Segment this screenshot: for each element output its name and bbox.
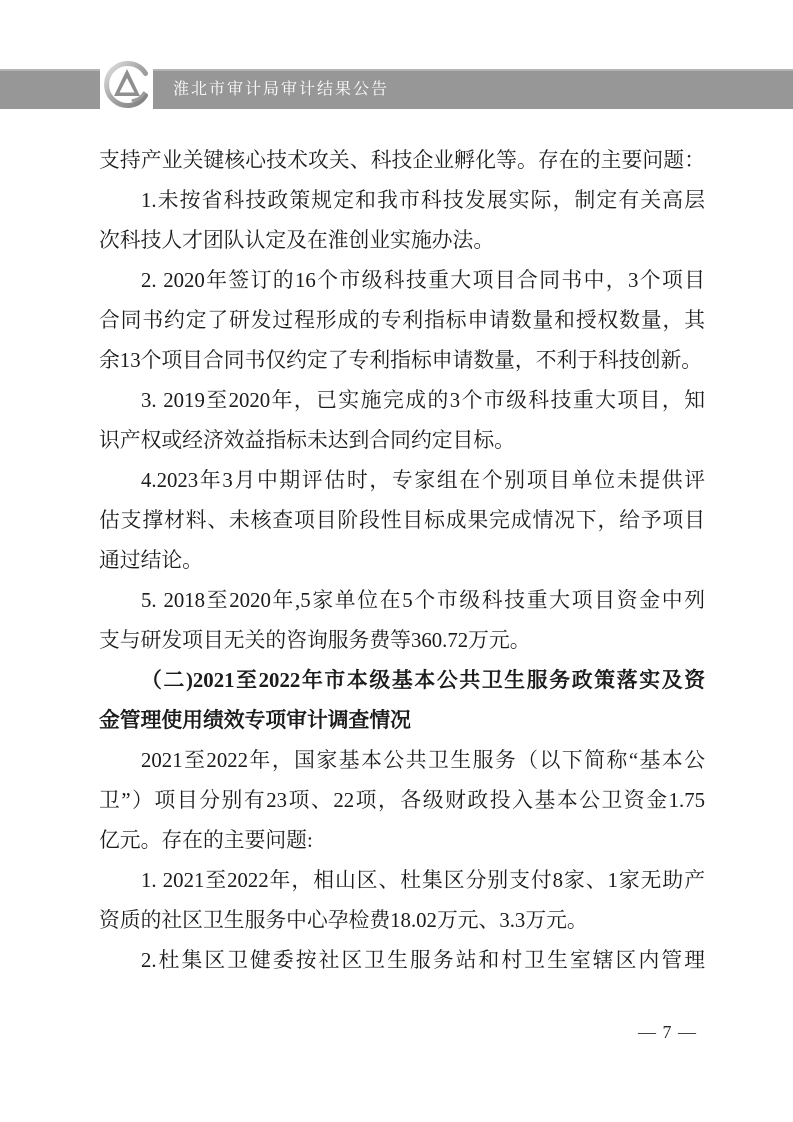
text-line: 识产权或经济效益指标未达到合同约定目标。 <box>99 421 705 461</box>
body-text: 支持产业关键核心技术攻关、科技企业孵化等。存在的主要问题： 1.未按省科技政策规… <box>99 141 705 981</box>
text-line: 余13个项目合同书仅约定了专利指标申请数量，不利于科技创新。 <box>99 341 705 381</box>
text-line: 次科技人才团队认定及在淮创业实施办法。 <box>99 221 705 261</box>
section-heading-line: 金管理使用绩效专项审计调查情况 <box>99 701 705 741</box>
text-line: 合同书约定了研发过程形成的专利指标申请数量和授权数量，其 <box>99 301 705 341</box>
text-line: 5. 2018至2020年,5家单位在5个市级科技重大项目资金中列 <box>99 581 705 621</box>
page-number: — 7 — <box>638 1022 697 1043</box>
text-line: 2. 2020年签订的16个市级科技重大项目合同书中，3个项目 <box>99 261 705 301</box>
header-title: 淮北市审计局审计结果公告 <box>173 69 389 109</box>
text-line: 卫”）项目分别有23项、22项，各级财政投入基本公卫资金1.75 <box>99 781 705 821</box>
text-line: 支持产业关键核心技术攻关、科技企业孵化等。存在的主要问题： <box>99 141 705 181</box>
text-line: 1.未按省科技政策规定和我市科技发展实际，制定有关高层 <box>99 181 705 221</box>
text-line: 亿元。存在的主要问题: <box>99 821 705 861</box>
text-line: 资质的社区卫生服务中心孕检费18.02万元、3.3万元。 <box>99 901 705 941</box>
audit-bureau-logo-icon <box>102 60 152 114</box>
logo-box <box>100 61 153 112</box>
text-line: 2.杜集区卫健委按社区卫生服务站和村卫生室辖区内管理 <box>99 941 705 981</box>
text-line: 4.2023年3月中期评估时，专家组在个别项目单位未提供评 <box>99 461 705 501</box>
text-line: 估支撑材料、未核查项目阶段性目标成果完成情况下，给予项目 <box>99 501 705 541</box>
text-line: 3. 2019至2020年，已实施完成的3个市级科技重大项目，知 <box>99 381 705 421</box>
text-line: 通过结论。 <box>99 541 705 581</box>
text-line: 2021至2022年，国家基本公共卫生服务（以下简称“基本公 <box>99 741 705 781</box>
text-line: 支与研发项目无关的咨询服务费等360.72万元。 <box>99 621 705 661</box>
document-page: 淮北市审计局审计结果公告 支持产业关键 <box>0 0 793 1122</box>
text-line: 1. 2021至2022年，相山区、杜集区分别支付8家、1家无助产 <box>99 861 705 901</box>
section-heading-line: （二)2021至2022年市本级基本公共卫生服务政策落实及资 <box>99 661 705 701</box>
